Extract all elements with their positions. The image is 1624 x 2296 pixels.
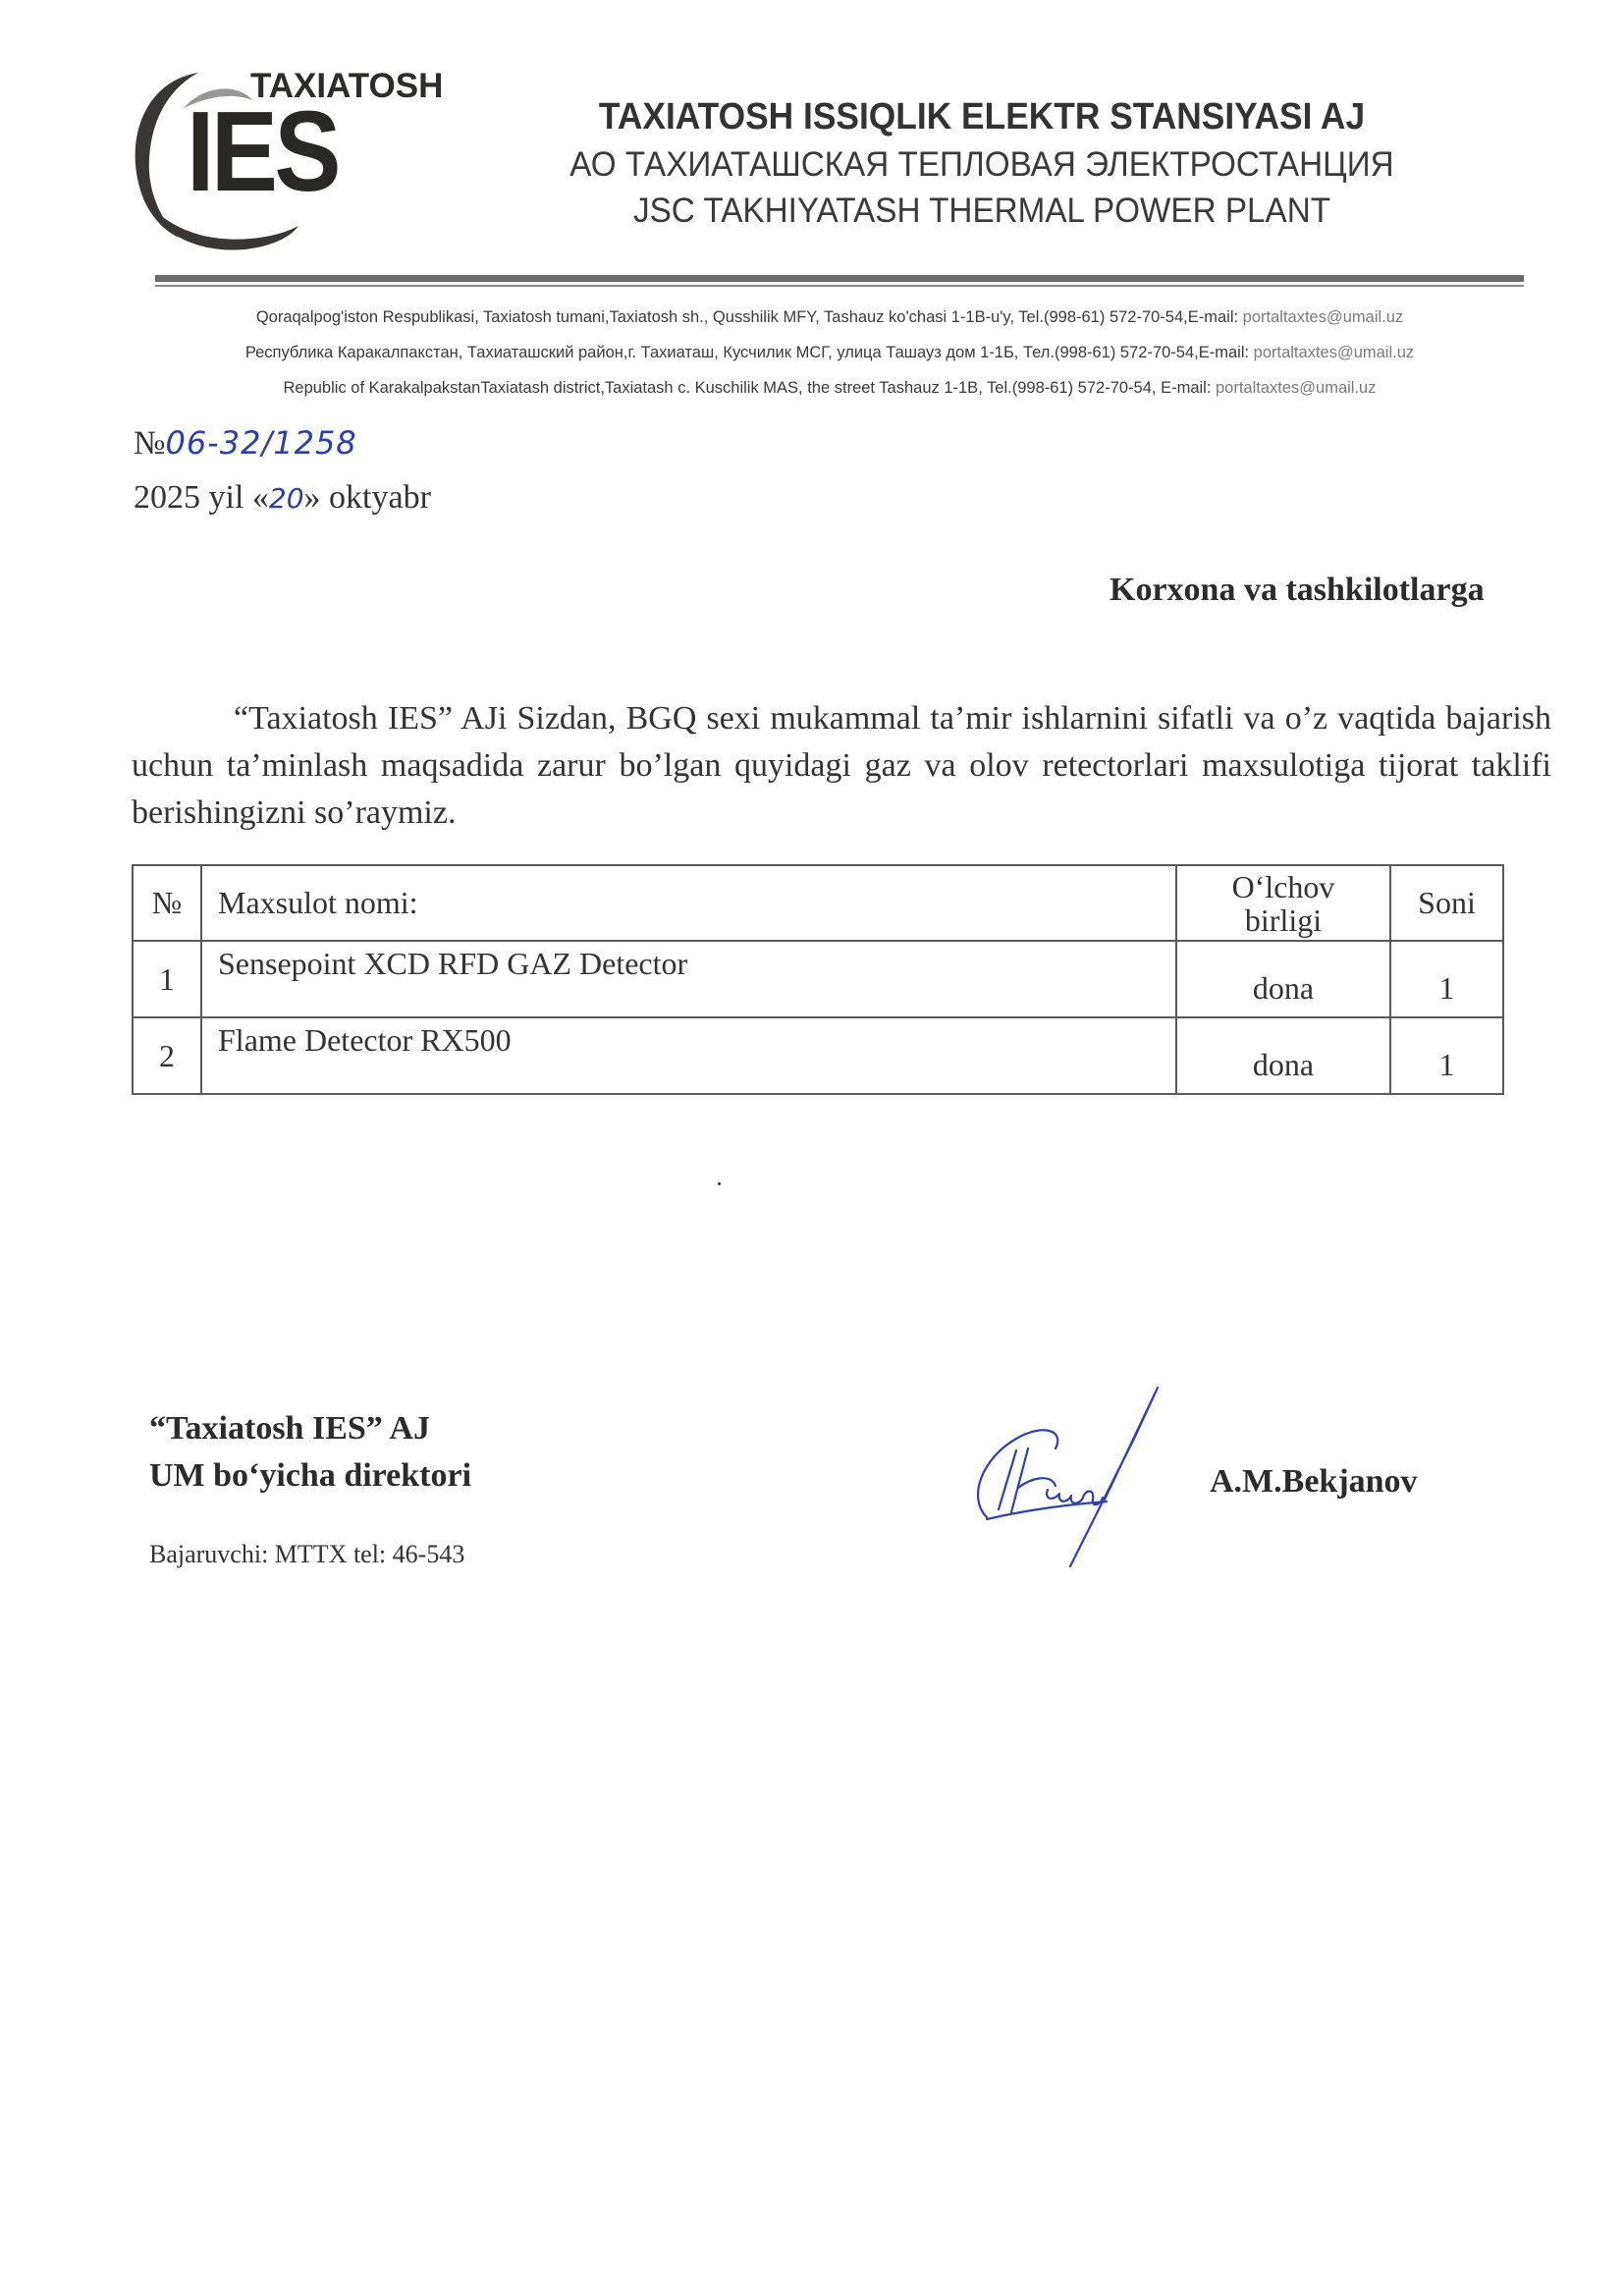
row-quantity: 1 xyxy=(1390,941,1503,1017)
signatory-title: UM bo‘yicha direktori xyxy=(149,1457,471,1495)
org-name-russian: АО ТАХИАТАШСКАЯ ТЕПЛОВАЯ ЭЛЕКТРОСТАНЦИЯ xyxy=(469,145,1495,185)
handwritten-day: 20 xyxy=(269,482,304,515)
header-quantity: Soni xyxy=(1390,865,1503,941)
date-year: 2025 yil « xyxy=(134,479,269,516)
signatory-organization: “Taxiatosh IES” AJ xyxy=(149,1410,430,1448)
logo-ies-mark: IES xyxy=(187,94,338,208)
header-number: № xyxy=(133,865,201,941)
table-row: 2 Flame Detector RX500 dona 1 xyxy=(133,1017,1503,1094)
org-name-english: JSC TAKHIYATASH THERMAL POWER PLANT xyxy=(469,191,1495,231)
row-number: 1 xyxy=(133,941,201,1017)
document-date: 2025 yil «20» oktyabr xyxy=(134,479,431,517)
address-line-uzbek: Qoraqalpog'iston Respublikasi, Taxiatosh… xyxy=(133,308,1527,327)
org-name-uzbek: TAXIATOSH ISSIQLIK ELEKTR STANSIYASI AJ xyxy=(480,96,1485,138)
signer-name: A.M.Bekjanov xyxy=(1210,1463,1418,1501)
email-link[interactable]: portaltaxtes@umail.uz xyxy=(1216,379,1377,397)
number-sign: № xyxy=(134,425,165,462)
scan-speck xyxy=(718,1182,721,1185)
header-unit-line1: O‘lchov xyxy=(1177,870,1389,903)
date-month: » oktyabr xyxy=(304,479,431,516)
document-number: №06-32/1258 xyxy=(134,424,357,463)
address-text: Qoraqalpog'iston Respublikasi, Taxiatosh… xyxy=(256,308,1243,326)
header-unit: O‘lchovbirligi xyxy=(1176,865,1390,941)
address-line-english: Republic of KarakalpakstanTaxiatash dist… xyxy=(133,379,1527,398)
table-header-row: № Maxsulot nomi: O‘lchovbirligi Soni xyxy=(133,865,1503,941)
row-unit: dona xyxy=(1176,941,1390,1017)
row-quantity: 1 xyxy=(1390,1017,1503,1094)
table-row: 1 Sensepoint XCD RFD GAZ Detector dona 1 xyxy=(133,941,1503,1017)
items-table: № Maxsulot nomi: O‘lchovbirligi Soni 1 S… xyxy=(132,864,1504,1095)
executor-contact: Bajaruvchi: MTTX tel: 46-543 xyxy=(149,1540,464,1569)
addressee: Korxona va tashkilotlarga xyxy=(1110,572,1485,609)
header-product-name: Maxsulot nomi: xyxy=(201,865,1176,941)
letter-body: “Taxiatosh IES” AJi Sizdan, BGQ sexi muk… xyxy=(132,695,1551,837)
row-product-name: Flame Detector RX500 xyxy=(201,1017,1176,1094)
email-link[interactable]: portaltaxtes@umail.uz xyxy=(1254,344,1415,361)
address-text: Республика Каракалпакстан, Тахиаташский … xyxy=(245,344,1254,361)
email-link[interactable]: portaltaxtes@umail.uz xyxy=(1243,308,1404,326)
handwritten-number: 06-32/1258 xyxy=(165,424,356,462)
handwritten-signature-icon xyxy=(957,1380,1193,1576)
header-divider xyxy=(155,275,1524,282)
header-divider-thin xyxy=(155,285,1524,287)
row-number: 2 xyxy=(133,1017,201,1094)
header-unit-line2: birligi xyxy=(1177,903,1389,937)
address-line-russian: Республика Каракалпакстан, Тахиаташский … xyxy=(133,344,1527,362)
address-text: Republic of KarakalpakstanTaxiatash dist… xyxy=(283,379,1216,397)
row-product-name: Sensepoint XCD RFD GAZ Detector xyxy=(201,941,1176,1017)
row-unit: dona xyxy=(1176,1017,1390,1094)
